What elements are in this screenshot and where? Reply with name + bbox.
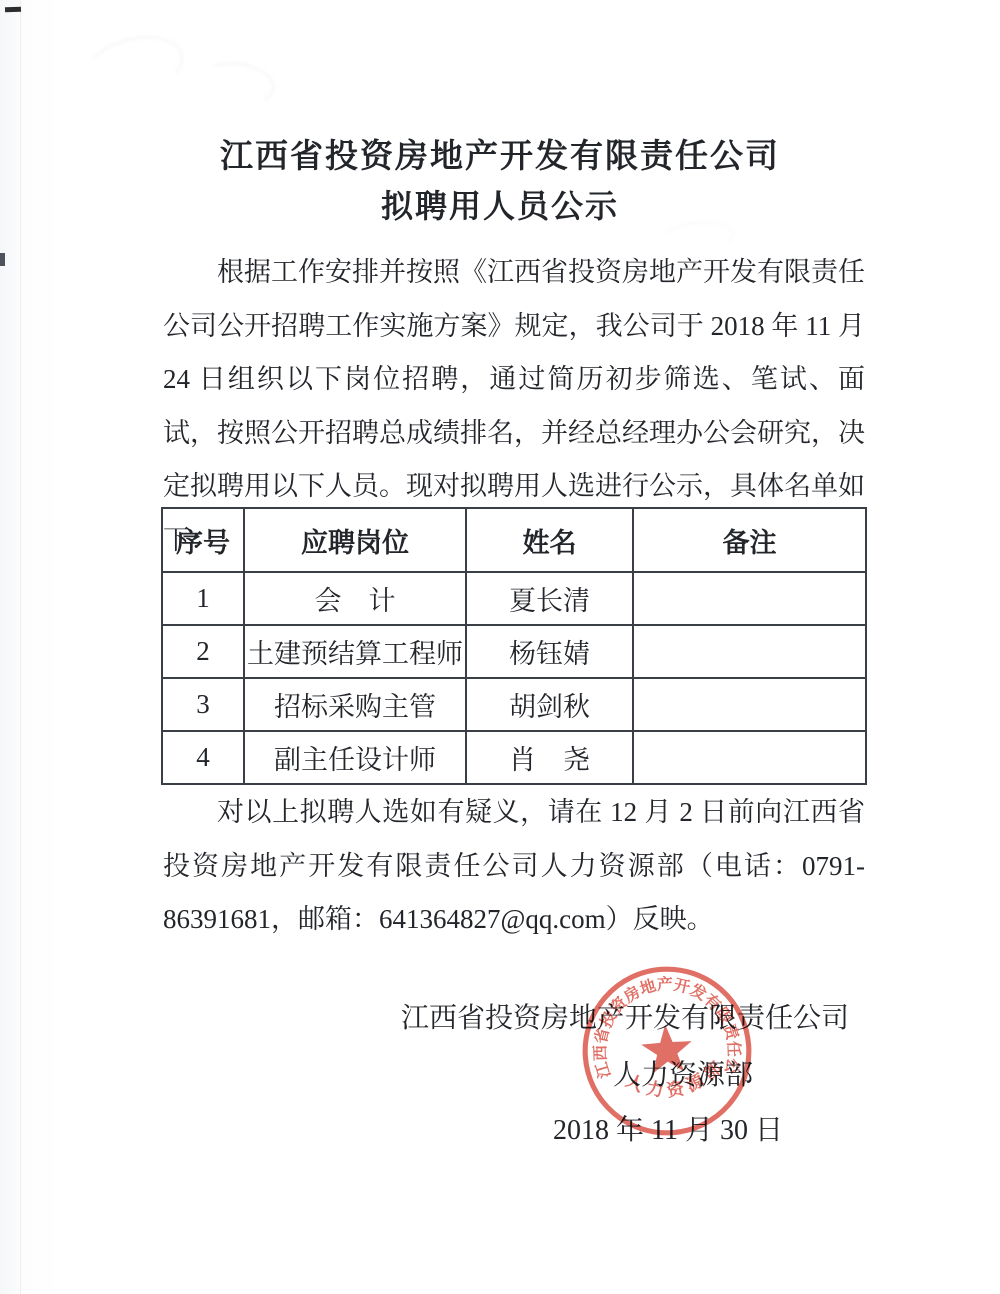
cell-index: 3 [162, 678, 244, 731]
scan-smudge [80, 27, 190, 105]
cell-note [633, 572, 866, 625]
document-subtitle: 拟聘用人员公示 [0, 181, 1000, 227]
cell-position: 土建预结算工程师 [244, 625, 466, 678]
document-title: 江西省投资房地产开发有限责任公司 [0, 130, 1000, 177]
cell-note [633, 678, 866, 731]
cell-position: 会 计 [244, 572, 466, 625]
scan-edge-artifact [0, 253, 5, 266]
scan-corner-artifact [5, 7, 21, 13]
table-row: 1 会 计 夏长清 [162, 572, 866, 625]
table-row: 3 招标采购主管 胡剑秋 [162, 678, 866, 731]
cell-name: 胡剑秋 [466, 678, 633, 731]
cell-index: 2 [162, 625, 244, 678]
cell-note [633, 625, 866, 678]
stamp-star-icon [640, 1023, 694, 1074]
col-header-index: 序号 [162, 508, 244, 572]
col-header-name: 姓名 [466, 508, 633, 572]
cell-name: 夏长清 [466, 572, 633, 625]
cell-index: 4 [162, 731, 244, 784]
table-row: 2 土建预结算工程师 杨钰婧 [162, 625, 866, 678]
cell-position: 招标采购主管 [244, 678, 466, 731]
table-row: 4 副主任设计师 肖 尧 [162, 731, 866, 784]
signature-company: 江西省投资房地产开发有限责任公司 [163, 996, 865, 1036]
scan-smudge [200, 57, 278, 109]
hire-list-table: 序号 应聘岗位 姓名 备注 1 会 计 夏长清 2 土建预结算工程师 杨钰婧 3… [161, 507, 867, 785]
document-page: 江西省投资房地产开发有限责任公司 拟聘用人员公示 根据工作安排并按照《江西省投资… [0, 0, 1000, 1294]
cell-position: 副主任设计师 [244, 731, 466, 784]
company-seal-stamp: 江西省投资房地产开发有限责任公司 人力资源部 [572, 956, 762, 1146]
body-paragraph-contact: 对以上拟聘人选如有疑义，请在 12 月 2 日前向江西省投资房地产开发有限责任公… [163, 786, 865, 947]
cell-name: 肖 尧 [466, 731, 633, 784]
table-header-row: 序号 应聘岗位 姓名 备注 [162, 508, 866, 572]
cell-name: 杨钰婧 [466, 625, 633, 678]
col-header-note: 备注 [633, 508, 866, 572]
cell-index: 1 [162, 572, 244, 625]
cell-note [633, 731, 866, 784]
col-header-position: 应聘岗位 [244, 508, 466, 572]
